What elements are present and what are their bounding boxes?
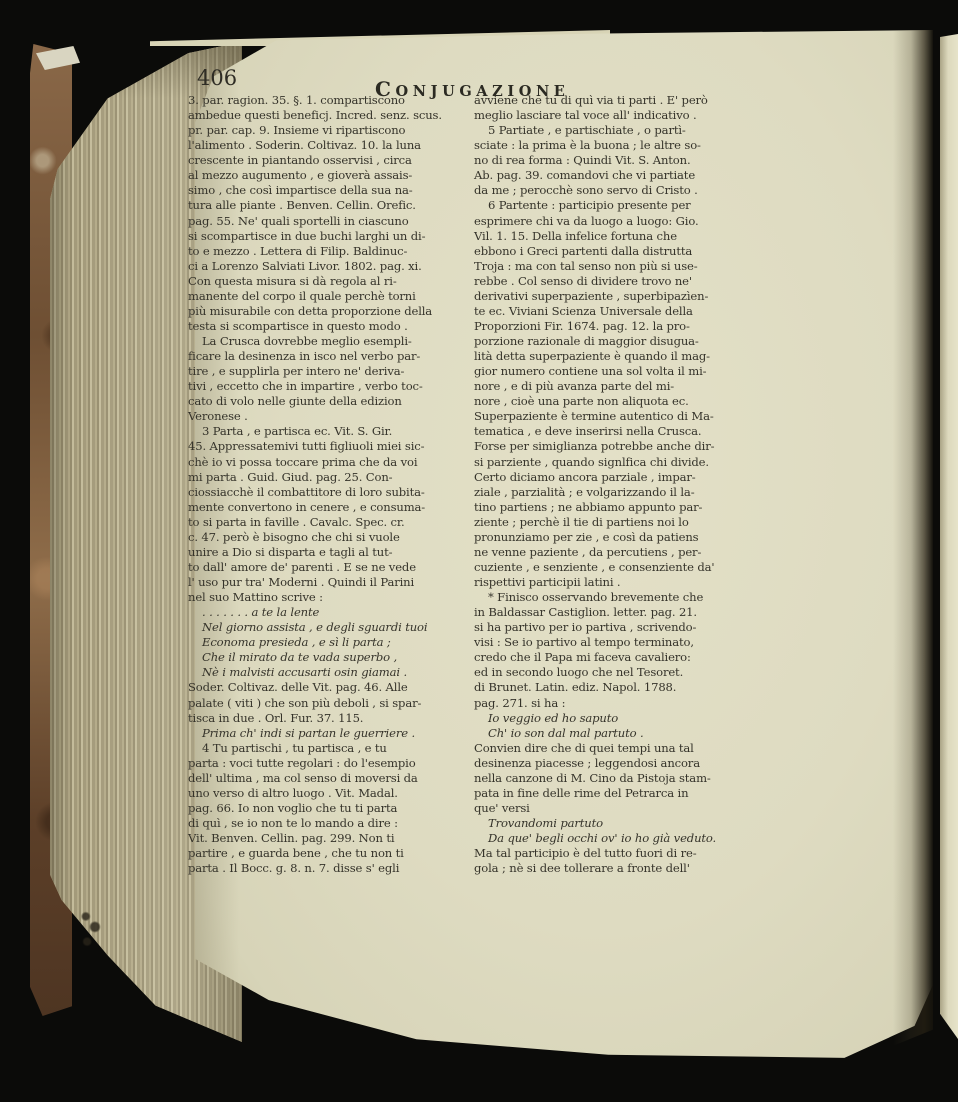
text-line: partire , e guarda bene , che tu non ti [188,846,474,861]
text-line: 45. Appressatemivi tutti figliuoli miei … [188,439,474,454]
text-line: esprimere chi va da luogo a luogo: Gio. [474,214,738,229]
text-line: sciate : la prima è la buona ; le altre … [474,138,738,153]
text-line: pag. 66. Io non voglio che tu ti parta [188,801,474,816]
text-line: nel suo Mattino scrive : [188,590,474,605]
text-line: Con questa misura si dà regola al ri- [188,274,474,289]
text-line: da me ; perocchè sono servo di Cristo . [474,183,738,198]
text-line: crescente in piantando osservisi , circa [188,153,474,168]
facing-page-sliver [940,34,958,1042]
gutter-shadow [893,30,933,1050]
text-line: desinenza piacesse ; leggendosi ancora [474,756,738,771]
text-line: pronunziamo per zie , e così da patiens [474,530,738,545]
text-line: Che il mirato da te vada superbo , [188,650,474,665]
text-line: derivativi superpaziente , superbipazìen… [474,289,738,304]
text-line: tematica , e deve inserirsi nella Crusca… [474,424,738,439]
text-line: chè io vi possa toccare prima che da voi [188,455,474,470]
text-line: gola ; nè si dee tollerare a fronte dell… [474,861,738,876]
text-line: Ab. pag. 39. comandovi che vi partiate [474,168,738,183]
text-line: Nè i malvisti accusarti osin giamai . [188,665,474,680]
text-line: La Crusca dovrebbe meglio esempli- [188,334,474,349]
text-line: rebbe . Col senso di dividere trovo ne' [474,274,738,289]
text-line: Nel giorno assista , e degli sguardi tuo… [188,620,474,635]
text-line: lità detta superpaziente è quando il mag… [474,349,738,364]
text-line: tire , e supplirla per intero ne' deriva… [188,364,474,379]
text-line: ziente ; perchè il tie di partiens noi l… [474,515,738,530]
text-line: l'alimento . Soderin. Coltivaz. 10. la l… [188,138,474,153]
text-line: si scompartisce in due buchi larghi un d… [188,229,474,244]
text-line: cato di volo nelle giunte della edizion [188,394,474,409]
text-line: Da que' begli occhi ov' io ho già veduto… [474,831,738,846]
text-line: * Finisco osservando brevemente che [474,590,738,605]
text-line: visi : Se io partivo al tempo terminato, [474,635,738,650]
text-line: in Baldassar Castiglion. letter. pag. 21… [474,605,738,620]
text-line: più misurabile con detta proporzione del… [188,304,474,319]
text-line: ziale , parzialità ; e volgarizzando il … [474,485,738,500]
text-line: ciossiacchè il combattitore di loro subi… [188,485,474,500]
text-line: meglio lasciare tal voce all' indicativo… [474,108,738,123]
text-line: Soder. Coltivaz. delle Vit. pag. 46. All… [188,680,474,695]
text-line: dell' ultima , ma col senso di moversi d… [188,771,474,786]
text-line: Io veggio ed ho saputo [474,711,738,726]
text-line: 3. par. ragion. 35. §. 1. compartiscono [188,93,474,108]
text-line: porzione razionale di maggior disugua- [474,334,738,349]
text-line: simo , che così impartisce della sua na- [188,183,474,198]
text-line: tivi , eccetto che in impartire , verbo … [188,379,474,394]
text-line: ficare la desinenza in isco nel verbo pa… [188,349,474,364]
text-line: parta : voci tutte regolari : do l'esemp… [188,756,474,771]
text-line: te ec. Viviani Scienza Universale della [474,304,738,319]
text-line: 6 Partente : participio presente per [474,198,738,213]
text-line: Economa presieda , e sì li parta ; [188,635,474,650]
right-text-column: avviene che tu di quì via ti parti . E' … [474,93,738,876]
text-line: cuziente , e senziente , e consenziente … [474,560,738,575]
text-line: Troja : ma con tal senso non più si use- [474,259,738,274]
left-text-column: 3. par. ragion. 35. §. 1. compartisconoa… [188,93,474,876]
text-line: 5 Partiate , e partischiate , o partì- [474,123,738,138]
text-line: nella canzone di M. Cino da Pistoja stam… [474,771,738,786]
text-line: 4 Tu partischi , tu partisca , e tu [188,741,474,756]
text-line: pag. 271. si ha : [474,696,738,711]
text-line: di Brunet. Latin. ediz. Napol. 1788. [474,680,738,695]
text-line: Proporzioni Fir. 1674. pag. 12. la pro- [474,319,738,334]
text-line: to si parta in faville . Cavalc. Spec. c… [188,515,474,530]
text-line: pag. 55. Ne' quali sportelli in ciascuno [188,214,474,229]
text-line: mente convertono in cenere , e consuma- [188,500,474,515]
text-line: Vit. Benven. Cellin. pag. 299. Non ti [188,831,474,846]
text-line: tisca in due . Orl. Fur. 37. 115. [188,711,474,726]
text-line: avviene che tu di quì via ti parti . E' … [474,93,738,108]
text-line: Trovandomi partuto [474,816,738,831]
text-line: 3 Parta , e partisca ec. Vit. S. Gir. [188,424,474,439]
text-line: Veronese . [188,409,474,424]
text-line: gior numero contiene una sol volta il mi… [474,364,738,379]
text-line: al mezzo augumento , e gioverà assais- [188,168,474,183]
text-line: to e mezzo . Lettera di Filip. Baldinuc- [188,244,474,259]
text-line: unire a Dio si disparta e tagli al tut- [188,545,474,560]
scanned-book-photo: 406 CONJUGAZIONE 3. par. ragion. 35. §. … [0,0,958,1102]
ink-blot [78,908,104,950]
text-line: credo che il Papa mi faceva cavaliero: [474,650,738,665]
text-line: Certo diciamo ancora parziale , impar- [474,470,738,485]
text-line: ci a Lorenzo Salviati Livor. 1802. pag. … [188,259,474,274]
text-line: Prima ch' indi si partan le guerriere . [188,726,474,741]
text-line: que' versi [474,801,738,816]
text-line: palate ( viti ) che son più deboli , si … [188,696,474,711]
text-line: Convien dire che di quei tempi una tal [474,741,738,756]
text-line: mi parta . Guid. Giud. pag. 25. Con- [188,470,474,485]
text-line: uno verso di altro luogo . Vit. Madal. [188,786,474,801]
text-line: tura alle piante . Benven. Cellin. Orefi… [188,198,474,213]
text-line: pr. par. cap. 9. Insieme vi ripartiscono [188,123,474,138]
text-line: nore , cioè una parte non aliquota ec. [474,394,738,409]
text-line: Ch' io son dal mal partuto . [474,726,738,741]
text-line: ebbono i Greci partenti dalla distrutta [474,244,738,259]
text-line: no di rea forma : Quindi Vit. S. Anton. [474,153,738,168]
text-line: si parziente , quando signlfica chi divi… [474,455,738,470]
text-line: Vil. 1. 15. Della infelice fortuna che [474,229,738,244]
text-line: to dall' amore de' parenti . E se ne ved… [188,560,474,575]
text-line: si ha partivo per io partiva , scrivendo… [474,620,738,635]
text-line: manente del corpo il quale perchè torni [188,289,474,304]
text-line: rispettivi participii latini . [474,575,738,590]
text-line: ed in secondo luogo che nel Tesoret. [474,665,738,680]
text-line: Forse per simiglianza potrebbe anche dir… [474,439,738,454]
text-line: testa si scompartisce in questo modo . [188,319,474,334]
text-line: pata in fine delle rime del Petrarca in [474,786,738,801]
page-number: 406 [197,66,237,90]
text-line: . . . . . . . a te la lente [188,605,474,620]
text-line: c. 47. però è bisogno che chi si vuole [188,530,474,545]
text-line: nore , e di più avanza parte del mi- [474,379,738,394]
text-line: l' uso pur tra' Moderni . Quindi il Pari… [188,575,474,590]
text-line: parta . Il Bocc. g. 8. n. 7. disse s' eg… [188,861,474,876]
text-line: ne venne paziente , da percutiens , per- [474,545,738,560]
text-line: ambedue questi beneficj. Incred. senz. s… [188,108,474,123]
text-line: tino partiens ; ne abbiamo appunto par- [474,500,738,515]
text-line: Ma tal participio è del tutto fuori di r… [474,846,738,861]
text-line: Superpaziente è termine autentico di Ma- [474,409,738,424]
text-line: di quì , se io non te lo mando a dire : [188,816,474,831]
